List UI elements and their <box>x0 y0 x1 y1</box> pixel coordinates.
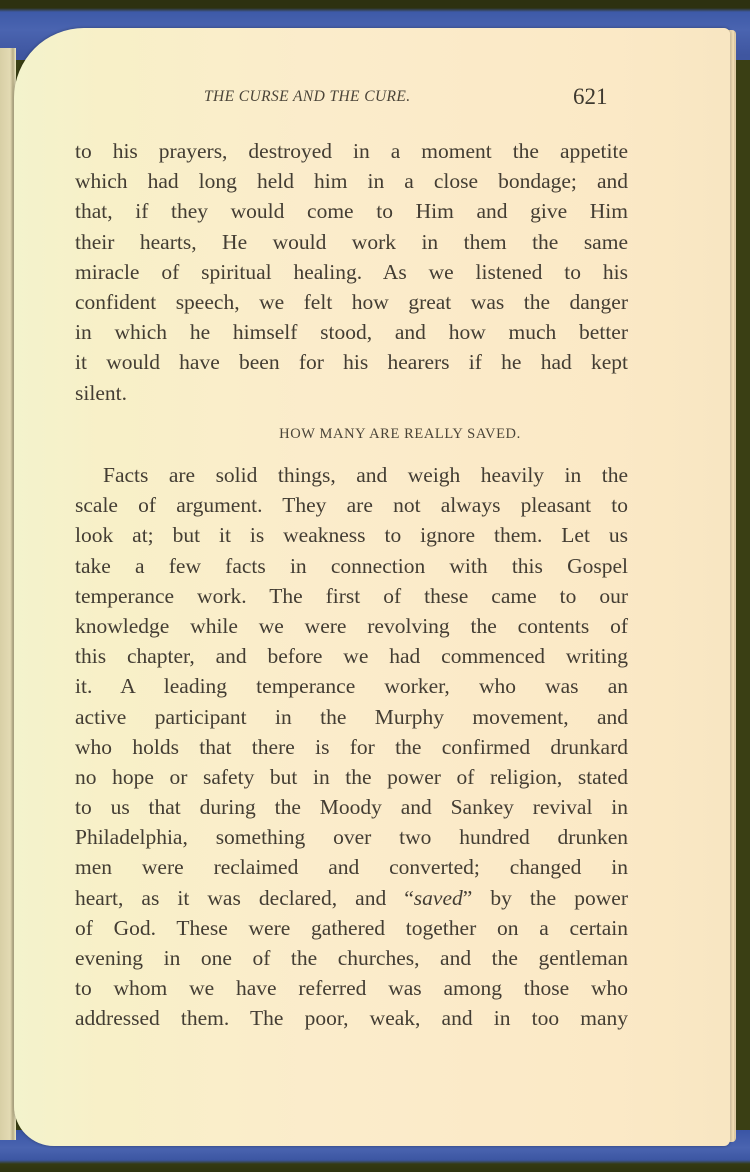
text-line: men were reclaimed and converted; change… <box>75 852 628 882</box>
text-line: this chapter, and before we had commence… <box>75 641 628 671</box>
section-heading: HOW MANY ARE REALLY SAVED. <box>0 426 750 443</box>
text-line: knowledge while we were revolving the co… <box>75 611 628 641</box>
text-line: no hope or safety but in the power of re… <box>75 762 628 792</box>
text-line: temperance work. The first of these came… <box>75 581 628 611</box>
text-line: look at; but it is weakness to ignore th… <box>75 520 628 550</box>
text-line: to his prayers, destroyed in a moment th… <box>75 136 628 166</box>
paragraph-facts: Facts are solid things, and weigh heavil… <box>75 460 628 1034</box>
text-line: addressed them. The poor, weak, and in t… <box>75 1003 628 1033</box>
text-line: in which he himself stood, and how much … <box>75 317 628 347</box>
running-head: THE CURSE AND THE CURE. <box>204 88 411 106</box>
page-number: 621 <box>573 84 608 110</box>
text-line: which had long held him in a close bonda… <box>75 166 628 196</box>
text-line: Facts are solid things, and weigh heavil… <box>75 460 628 490</box>
text-line: of God. These were gathered together on … <box>75 913 628 943</box>
text-line: evening in one of the churches, and the … <box>75 943 628 973</box>
text-line: silent. <box>75 378 628 408</box>
text-line: miracle of spiritual healing. As we list… <box>75 257 628 287</box>
text-run: ” by the power <box>463 886 628 910</box>
text-line: their hearts, He would work in them the … <box>75 227 628 257</box>
text-line: it. A leading temperance worker, who was… <box>75 671 628 701</box>
text-line: take a few facts in connection with this… <box>75 551 628 581</box>
text-line: who holds that there is for the confirme… <box>75 732 628 762</box>
text-line: active participant in the Murphy movemen… <box>75 702 628 732</box>
text-line: to us that during the Moody and Sankey r… <box>75 792 628 822</box>
paragraph-continued: to his prayers, destroyed in a moment th… <box>75 136 628 408</box>
text-line: confident speech, we felt how great was … <box>75 287 628 317</box>
text-line: scale of argument. They are not always p… <box>75 490 628 520</box>
text-run: heart, as it was declared, and “ <box>75 886 414 910</box>
text-line-with-italic: heart, as it was declared, and “saved” b… <box>75 883 628 913</box>
italic-word-saved: saved <box>414 886 463 910</box>
section-heading-text: HOW MANY ARE REALLY SAVED. <box>279 426 521 442</box>
text-line: to whom we have referred was among those… <box>75 973 628 1003</box>
text-line: Philadelphia, something over two hundred… <box>75 822 628 852</box>
text-line: that, if they would come to Him and give… <box>75 196 628 226</box>
text-line: it would have been for his hearers if he… <box>75 347 628 377</box>
